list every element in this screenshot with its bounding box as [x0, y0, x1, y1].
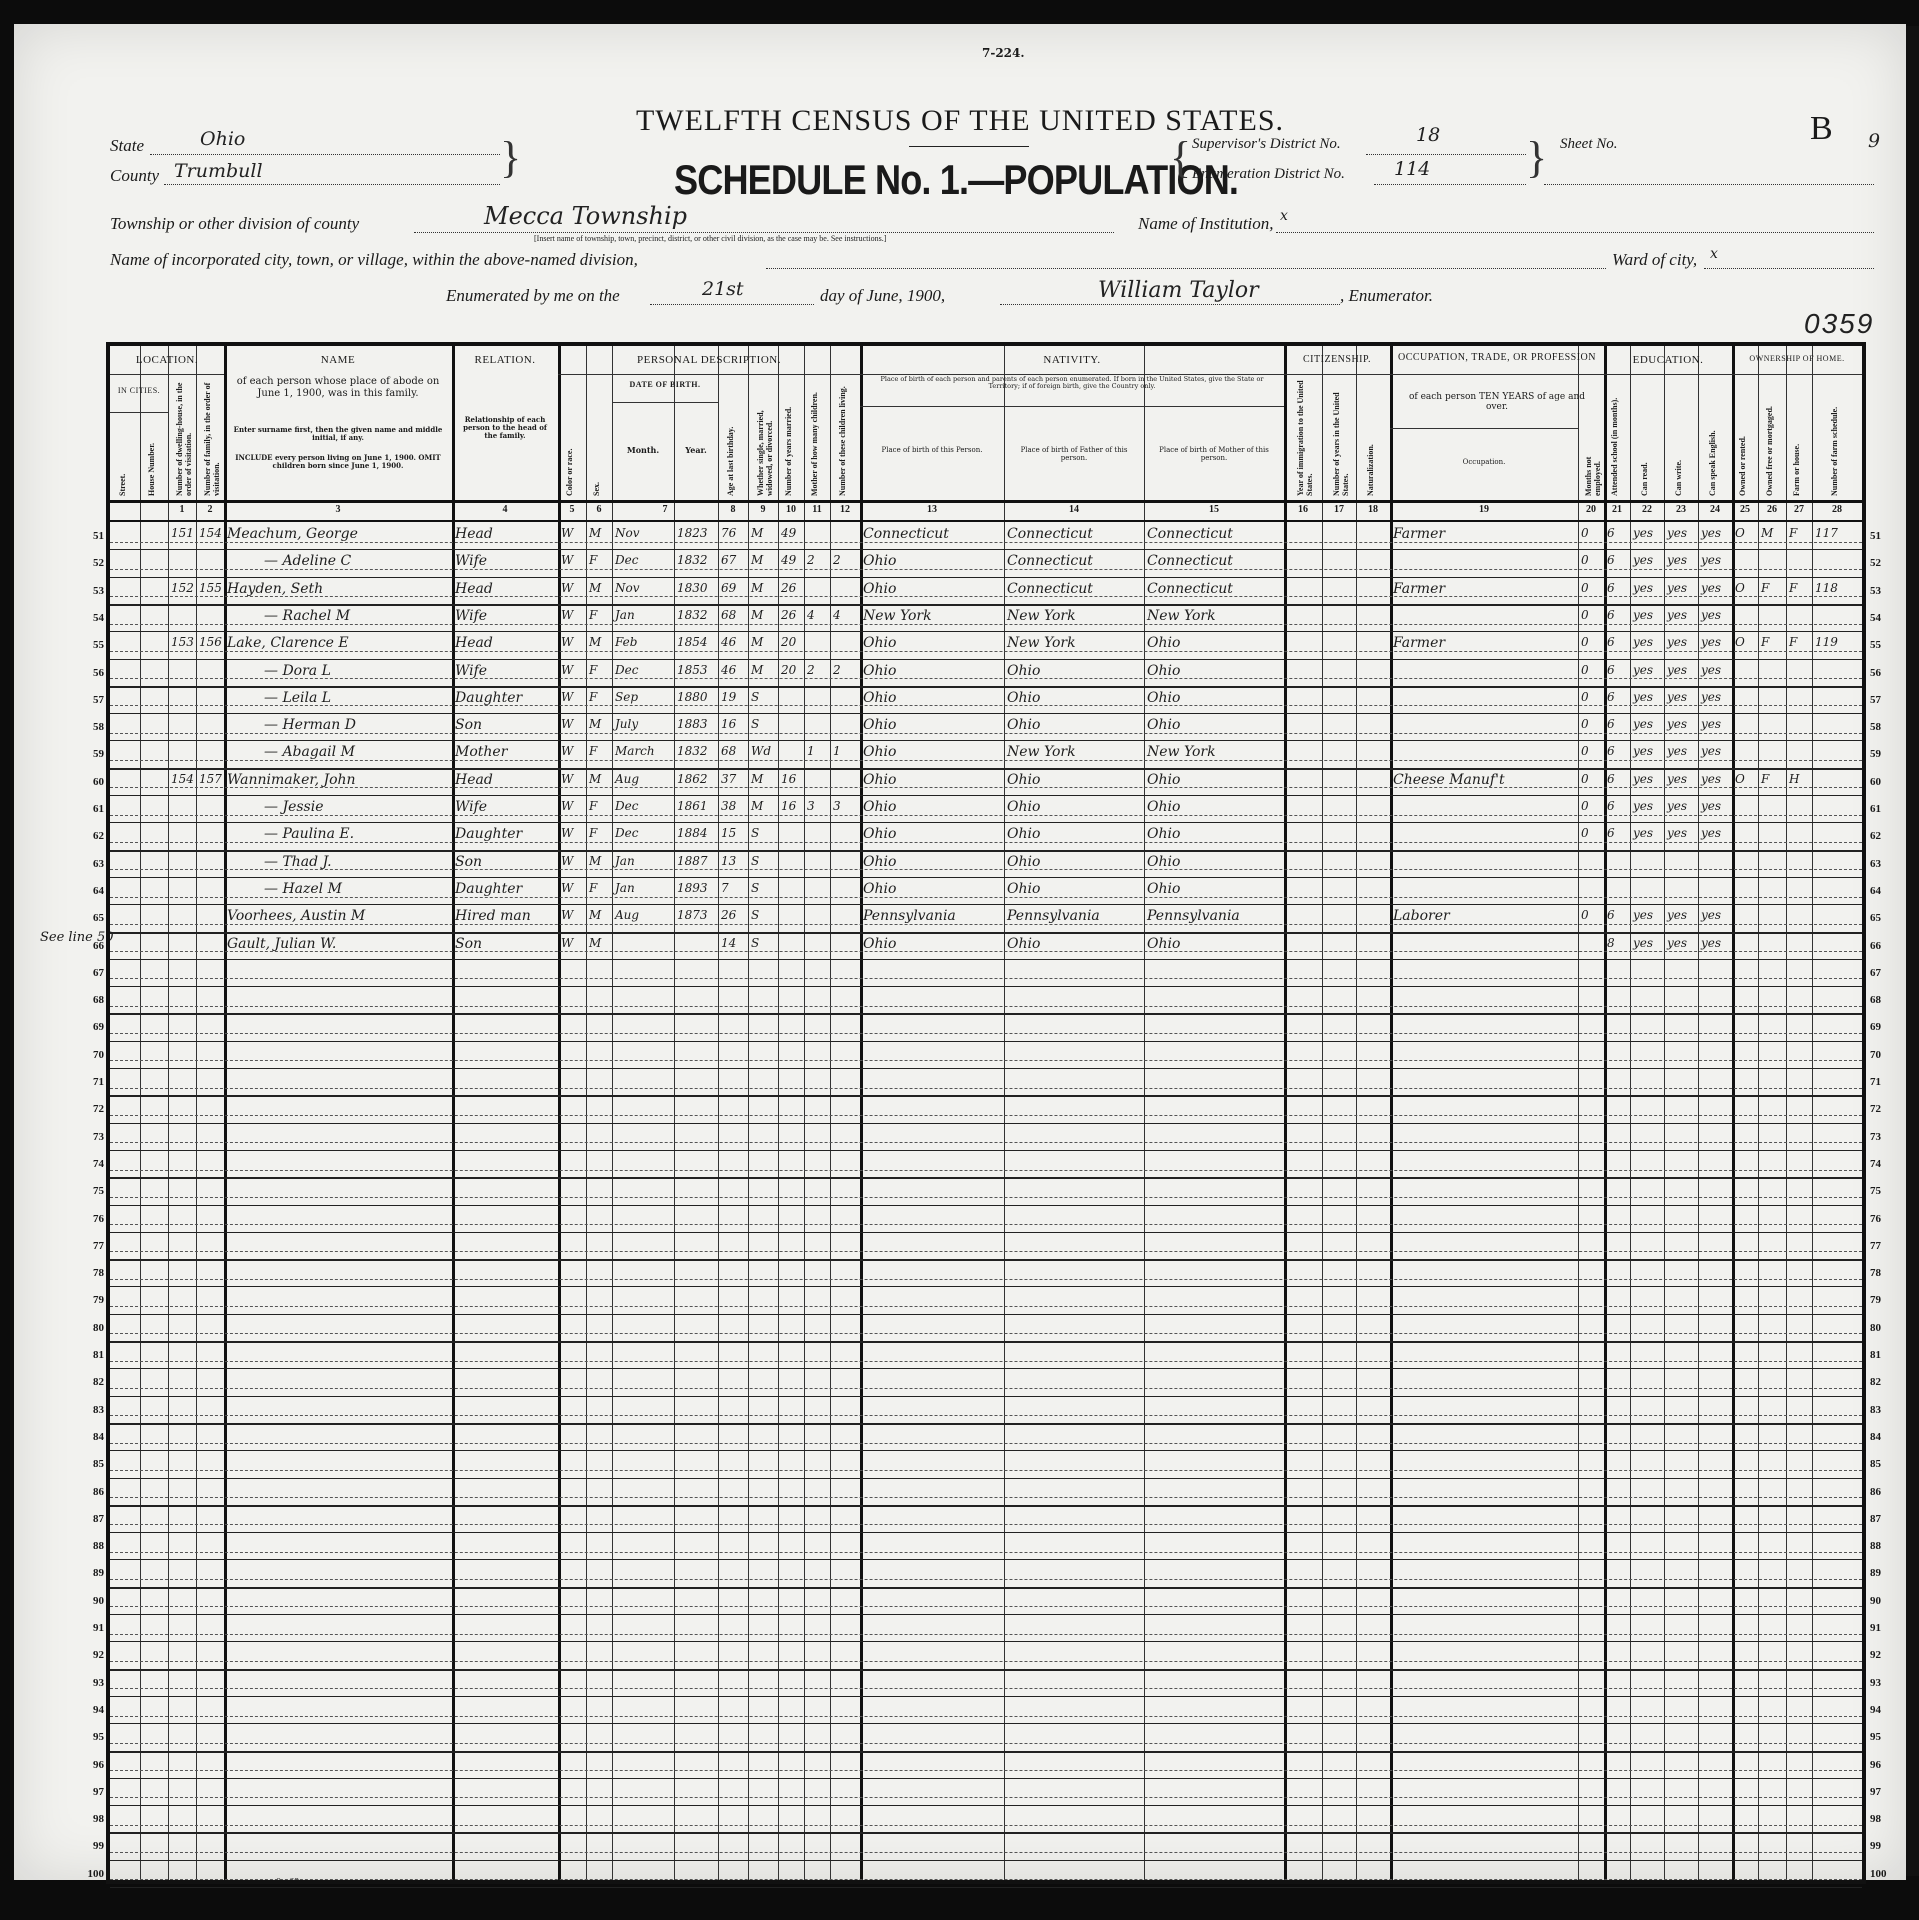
cell-read[interactable]: yes [1633, 635, 1653, 649]
township-value[interactable]: Mecca Township [484, 202, 687, 230]
cell-birth[interactable]: Ohio [863, 553, 896, 569]
cell-write[interactable]: yes [1667, 717, 1687, 731]
cell-sex[interactable]: M [589, 854, 601, 868]
cell-color[interactable]: W [561, 826, 573, 840]
cell-father[interactable]: Ohio [1007, 826, 1040, 842]
cell-month[interactable]: July [615, 717, 638, 731]
cell-living[interactable]: 2 [833, 663, 841, 677]
cell-read[interactable]: yes [1633, 526, 1653, 540]
cell-relation[interactable]: Wife [455, 608, 487, 624]
cell-unemployed[interactable]: 0 [1581, 717, 1589, 731]
cell-birth[interactable]: Ohio [863, 881, 896, 897]
cell-english[interactable]: yes [1701, 663, 1721, 677]
cell-relation[interactable]: Son [455, 854, 482, 870]
cell-month[interactable]: March [615, 744, 655, 758]
enumeration-value[interactable]: 114 [1394, 158, 1430, 180]
cell-write[interactable]: yes [1667, 799, 1687, 813]
cell-mother-of[interactable]: 3 [807, 799, 815, 813]
cell-occupation[interactable]: Cheese Manuf't [1393, 772, 1505, 788]
cell-family[interactable]: 156 [199, 635, 222, 649]
cell-marital[interactable]: M [751, 608, 763, 622]
cell-age[interactable]: 26 [721, 908, 736, 922]
cell-unemployed[interactable]: 0 [1581, 908, 1589, 922]
cell-year[interactable]: 1832 [677, 744, 708, 758]
state-value[interactable]: Ohio [200, 128, 245, 150]
cell-year[interactable]: 1832 [677, 553, 708, 567]
cell-school[interactable]: 6 [1607, 635, 1615, 649]
cell-marital[interactable]: M [751, 581, 763, 595]
cell-age[interactable]: 37 [721, 772, 736, 786]
cell-mother[interactable]: Ohio [1147, 799, 1180, 815]
cell-name[interactable]: Voorhees, Austin M [227, 908, 365, 924]
cell-father[interactable]: New York [1007, 635, 1076, 651]
cell-mother[interactable]: Ohio [1147, 826, 1180, 842]
cell-sex[interactable]: F [589, 608, 597, 622]
cell-color[interactable]: W [561, 744, 573, 758]
cell-free[interactable]: F [1761, 635, 1769, 649]
row-baseline [110, 733, 1862, 734]
cell-school[interactable]: 6 [1607, 717, 1615, 731]
cell-month[interactable]: Aug [615, 908, 639, 922]
cell-schedule[interactable]: 119 [1815, 635, 1838, 649]
cell-read[interactable]: yes [1633, 663, 1653, 677]
cell-marital[interactable]: M [751, 526, 763, 540]
cell-year[interactable]: 1883 [677, 717, 708, 731]
cell-birth[interactable]: Ohio [863, 635, 896, 651]
cell-father[interactable]: Connecticut [1007, 553, 1093, 569]
cell-marital[interactable]: M [751, 635, 763, 649]
cell-read[interactable]: yes [1633, 826, 1653, 840]
cell-write[interactable]: yes [1667, 744, 1687, 758]
cell-age[interactable]: 68 [721, 608, 736, 622]
cell-write[interactable]: yes [1667, 936, 1687, 950]
cell-mother-of[interactable]: 4 [807, 608, 815, 622]
cell-mother[interactable]: Ohio [1147, 854, 1180, 870]
cell-father[interactable]: Ohio [1007, 936, 1040, 952]
cell-relation[interactable]: Daughter [455, 690, 522, 706]
cell-owned[interactable]: O [1735, 635, 1745, 649]
cell-mother[interactable]: Ohio [1147, 635, 1180, 651]
cell-write[interactable]: yes [1667, 663, 1687, 677]
cell-write[interactable]: yes [1667, 908, 1687, 922]
cell-living[interactable]: 2 [833, 553, 841, 567]
cell-write[interactable]: yes [1667, 772, 1687, 786]
cell-marital[interactable]: S [751, 936, 759, 950]
ward-value[interactable]: x [1710, 246, 1718, 262]
cell-mother[interactable]: Connecticut [1147, 553, 1233, 569]
cell-unemployed[interactable]: 0 [1581, 526, 1589, 540]
cell-father[interactable]: New York [1007, 608, 1076, 624]
cell-school[interactable]: 6 [1607, 553, 1615, 567]
cell-color[interactable]: W [561, 608, 573, 622]
cell-year[interactable]: 1862 [677, 772, 708, 786]
cell-mother[interactable]: Ohio [1147, 717, 1180, 733]
cell-year[interactable]: 1887 [677, 854, 708, 868]
cell-year[interactable]: 1830 [677, 581, 708, 595]
cell-name[interactable]: Lake, Clarence E [227, 635, 349, 651]
cell-english[interactable]: yes [1701, 936, 1721, 950]
cell-years-married[interactable]: 16 [781, 772, 796, 786]
cell-father[interactable]: Connecticut [1007, 526, 1093, 542]
cell-mother[interactable]: New York [1147, 744, 1216, 760]
cell-month[interactable]: Nov [615, 526, 640, 540]
cell-year[interactable]: 1884 [677, 826, 708, 840]
cell-marital[interactable]: M [751, 799, 763, 813]
cell-school[interactable]: 6 [1607, 608, 1615, 622]
cell-sex[interactable]: M [589, 772, 601, 786]
cell-mother-of[interactable]: 1 [807, 744, 815, 758]
cell-sex[interactable]: F [589, 744, 597, 758]
cell-years-married[interactable]: 16 [781, 799, 796, 813]
cell-english[interactable]: yes [1701, 799, 1721, 813]
cell-marital[interactable]: S [751, 881, 759, 895]
cell-free[interactable]: F [1761, 772, 1769, 786]
cell-relation[interactable]: Hired man [455, 908, 531, 924]
cell-relation[interactable]: Head [455, 772, 493, 788]
cell-read[interactable]: yes [1633, 772, 1653, 786]
cell-father[interactable]: Pennsylvania [1007, 908, 1100, 924]
cell-sex[interactable]: F [589, 690, 597, 704]
cell-mother[interactable]: Connecticut [1147, 526, 1233, 542]
cell-unemployed[interactable]: 0 [1581, 635, 1589, 649]
cell-free[interactable]: F [1761, 581, 1769, 595]
cell-name[interactable]: Wannimaker, John [227, 772, 356, 788]
cell-years-married[interactable]: 49 [781, 553, 796, 567]
cell-write[interactable]: yes [1667, 608, 1687, 622]
cell-write[interactable]: yes [1667, 553, 1687, 567]
cell-read[interactable]: yes [1633, 744, 1653, 758]
cell-read[interactable]: yes [1633, 799, 1653, 813]
cell-birth[interactable]: Ohio [863, 826, 896, 842]
cell-relation[interactable]: Wife [455, 799, 487, 815]
cell-month[interactable]: Jan [615, 608, 635, 622]
cell-english[interactable]: yes [1701, 690, 1721, 704]
cell-age[interactable]: 13 [721, 854, 736, 868]
cell-age[interactable]: 38 [721, 799, 736, 813]
cell-write[interactable]: yes [1667, 526, 1687, 540]
cell-read[interactable]: yes [1633, 690, 1653, 704]
cell-color[interactable]: W [561, 854, 573, 868]
cell-relation[interactable]: Son [455, 936, 482, 952]
cell-living[interactable]: 4 [833, 608, 841, 622]
cell-color[interactable]: W [561, 581, 573, 595]
cell-mother-of[interactable]: 2 [807, 663, 815, 677]
cell-relation[interactable]: Mother [455, 744, 507, 760]
cell-read[interactable]: yes [1633, 936, 1653, 950]
cell-birth[interactable]: Ohio [863, 717, 896, 733]
cell-birth[interactable]: Ohio [863, 854, 896, 870]
cell-color[interactable]: W [561, 635, 573, 649]
cell-relation[interactable]: Son [455, 717, 482, 733]
cell-english[interactable]: yes [1701, 744, 1721, 758]
cell-school[interactable]: 6 [1607, 772, 1615, 786]
cell-color[interactable]: W [561, 663, 573, 677]
cell-years-married[interactable]: 49 [781, 526, 796, 540]
cell-marital[interactable]: S [751, 908, 759, 922]
cell-marital[interactable]: M [751, 663, 763, 677]
institution-value[interactable]: x [1280, 208, 1288, 224]
cell-mother-of[interactable]: 2 [807, 553, 815, 567]
cell-marital[interactable]: Wd [751, 744, 771, 758]
cell-mother[interactable]: Ohio [1147, 936, 1180, 952]
cell-unemployed[interactable]: 0 [1581, 608, 1589, 622]
cell-mother[interactable]: Pennsylvania [1147, 908, 1240, 924]
cell-name[interactable]: — Hazel M [264, 881, 342, 897]
cell-color[interactable]: W [561, 772, 573, 786]
cell-birth[interactable]: Ohio [863, 799, 896, 815]
cell-color[interactable]: W [561, 936, 573, 950]
cell-unemployed[interactable]: 0 [1581, 826, 1589, 840]
cell-marital[interactable]: M [751, 553, 763, 567]
cell-age[interactable]: 16 [721, 717, 736, 731]
cell-sex[interactable]: F [589, 826, 597, 840]
cell-month[interactable]: Dec [615, 826, 638, 840]
cell-years-married[interactable]: 26 [781, 581, 796, 595]
cell-write[interactable]: yes [1667, 635, 1687, 649]
cell-unemployed[interactable]: 0 [1581, 772, 1589, 786]
cell-relation[interactable]: Daughter [455, 881, 522, 897]
cell-farm[interactable]: F [1789, 635, 1797, 649]
cell-read[interactable]: yes [1633, 717, 1653, 731]
cell-occupation[interactable]: Laborer [1393, 908, 1450, 924]
cell-years-married[interactable]: 20 [781, 663, 796, 677]
cell-school[interactable]: 8 [1607, 936, 1615, 950]
cell-marital[interactable]: M [751, 772, 763, 786]
cell-unemployed[interactable]: 0 [1581, 690, 1589, 704]
cell-marital[interactable]: S [751, 717, 759, 731]
cell-write[interactable]: yes [1667, 690, 1687, 704]
cell-mother[interactable]: Connecticut [1147, 581, 1233, 597]
cell-dwelling[interactable]: 151 [171, 526, 194, 540]
cell-father[interactable]: Ohio [1007, 663, 1040, 679]
cell-mother[interactable]: Ohio [1147, 690, 1180, 706]
cell-school[interactable]: 6 [1607, 744, 1615, 758]
cell-year[interactable]: 1880 [677, 690, 708, 704]
cell-unemployed[interactable]: 0 [1581, 744, 1589, 758]
cell-age[interactable]: 76 [721, 526, 736, 540]
cell-month[interactable]: Jan [615, 854, 635, 868]
cell-age[interactable]: 7 [721, 881, 729, 895]
cell-name[interactable]: — Jessie [264, 799, 323, 815]
cell-mother[interactable]: Ohio [1147, 772, 1180, 788]
cell-sex[interactable]: F [589, 553, 597, 567]
cell-name[interactable]: — Dora L [264, 663, 331, 679]
cell-birth[interactable]: Ohio [863, 690, 896, 706]
cell-name[interactable]: — Abagail M [264, 744, 355, 760]
cell-father[interactable]: Ohio [1007, 772, 1040, 788]
cell-name[interactable]: — Adeline C [264, 553, 351, 569]
cell-birth[interactable]: Ohio [863, 744, 896, 760]
cell-unemployed[interactable]: 0 [1581, 799, 1589, 813]
cell-owned[interactable]: O [1735, 526, 1745, 540]
cell-father[interactable]: Ohio [1007, 881, 1040, 897]
cell-relation[interactable]: Wife [455, 663, 487, 679]
cell-relation[interactable]: Daughter [455, 826, 522, 842]
cell-dwelling[interactable]: 154 [171, 772, 194, 786]
cell-age[interactable]: 68 [721, 744, 736, 758]
cell-sex[interactable]: M [589, 936, 601, 950]
cell-unemployed[interactable]: 0 [1581, 553, 1589, 567]
cell-english[interactable]: yes [1701, 772, 1721, 786]
cell-name[interactable]: Meachum, George [227, 526, 358, 542]
cell-relation[interactable]: Head [455, 635, 493, 651]
cell-english[interactable]: yes [1701, 526, 1721, 540]
cell-month[interactable]: Feb [615, 635, 637, 649]
cell-english[interactable]: yes [1701, 908, 1721, 922]
cell-color[interactable]: W [561, 526, 573, 540]
cell-marital[interactable]: S [751, 826, 759, 840]
cell-relation[interactable]: Head [455, 526, 493, 542]
cell-school[interactable]: 6 [1607, 690, 1615, 704]
cell-school[interactable]: 6 [1607, 908, 1615, 922]
cell-father[interactable]: Ohio [1007, 799, 1040, 815]
cell-sex[interactable]: F [589, 881, 597, 895]
cell-schedule[interactable]: 117 [1815, 526, 1838, 540]
cell-color[interactable]: W [561, 881, 573, 895]
cell-mother[interactable]: Ohio [1147, 881, 1180, 897]
cell-name[interactable]: — Rachel M [264, 608, 350, 624]
cell-school[interactable]: 6 [1607, 663, 1615, 677]
cell-english[interactable]: yes [1701, 553, 1721, 567]
cell-month[interactable]: Sep [615, 690, 638, 704]
cell-farm[interactable]: H [1789, 772, 1799, 786]
cell-read[interactable]: yes [1633, 608, 1653, 622]
cell-father[interactable]: Ohio [1007, 717, 1040, 733]
cell-sex[interactable]: M [589, 717, 601, 731]
cell-age[interactable]: 15 [721, 826, 736, 840]
cell-sex[interactable]: F [589, 799, 597, 813]
cell-free[interactable]: M [1761, 526, 1773, 540]
cell-living[interactable]: 3 [833, 799, 841, 813]
enumerator-name[interactable]: William Taylor [1098, 278, 1259, 303]
cell-month[interactable]: Dec [615, 663, 638, 677]
cell-english[interactable]: yes [1701, 826, 1721, 840]
cell-year[interactable]: 1823 [677, 526, 708, 540]
cell-name[interactable]: Gault, Julian W. [227, 936, 336, 952]
cell-school[interactable]: 6 [1607, 581, 1615, 595]
cell-age[interactable]: 69 [721, 581, 736, 595]
cell-write[interactable]: yes [1667, 581, 1687, 595]
cell-dwelling[interactable]: 152 [171, 581, 194, 595]
cell-birth[interactable]: Pennsylvania [863, 908, 956, 924]
cell-english[interactable]: yes [1701, 717, 1721, 731]
cell-school[interactable]: 6 [1607, 799, 1615, 813]
cell-year[interactable]: 1854 [677, 635, 708, 649]
cell-occupation[interactable]: Farmer [1393, 526, 1445, 542]
sheet-value[interactable]: 9 [1868, 130, 1880, 152]
enumerated-day[interactable]: 21st [702, 278, 744, 300]
cell-age[interactable]: 67 [721, 553, 736, 567]
cell-occupation[interactable]: Farmer [1393, 635, 1445, 651]
cell-name[interactable]: — Thad J. [264, 854, 332, 870]
cell-read[interactable]: yes [1633, 553, 1653, 567]
cell-birth[interactable]: Ohio [863, 581, 896, 597]
cell-birth[interactable]: New York [863, 608, 932, 624]
cell-english[interactable]: yes [1701, 581, 1721, 595]
cell-sex[interactable]: M [589, 635, 601, 649]
cell-marital[interactable]: S [751, 854, 759, 868]
cell-year[interactable]: 1832 [677, 608, 708, 622]
cell-father[interactable]: Ohio [1007, 690, 1040, 706]
cell-family[interactable]: 154 [199, 526, 222, 540]
cell-age[interactable]: 46 [721, 635, 736, 649]
cell-school[interactable]: 6 [1607, 826, 1615, 840]
cell-name[interactable]: — Leila L [264, 690, 331, 706]
cell-color[interactable]: W [561, 908, 573, 922]
cell-schedule[interactable]: 118 [1815, 581, 1838, 595]
cell-color[interactable]: W [561, 553, 573, 567]
cell-month[interactable]: Jan [615, 881, 635, 895]
cell-unemployed[interactable]: 0 [1581, 663, 1589, 677]
cell-father[interactable]: New York [1007, 744, 1076, 760]
county-value[interactable]: Trumbull [174, 160, 263, 182]
supervisor-value[interactable]: 18 [1416, 124, 1440, 146]
cell-read[interactable]: yes [1633, 581, 1653, 595]
cell-occupation[interactable]: Farmer [1393, 581, 1445, 597]
cell-mother[interactable]: New York [1147, 608, 1216, 624]
cell-dwelling[interactable]: 153 [171, 635, 194, 649]
cell-farm[interactable]: F [1789, 526, 1797, 540]
cell-sex[interactable]: M [589, 526, 601, 540]
cell-year[interactable]: 1853 [677, 663, 708, 677]
cell-birth[interactable]: Ohio [863, 772, 896, 788]
cell-owned[interactable]: O [1735, 772, 1745, 786]
cell-color[interactable]: W [561, 690, 573, 704]
cell-father[interactable]: Ohio [1007, 854, 1040, 870]
cell-mother[interactable]: Ohio [1147, 663, 1180, 679]
cell-sex[interactable]: F [589, 663, 597, 677]
cell-birth[interactable]: Connecticut [863, 526, 949, 542]
cell-marital[interactable]: S [751, 690, 759, 704]
cell-years-married[interactable]: 20 [781, 635, 796, 649]
cell-write[interactable]: yes [1667, 826, 1687, 840]
cell-school[interactable]: 6 [1607, 526, 1615, 540]
cell-birth[interactable]: Ohio [863, 936, 896, 952]
cell-name[interactable]: Hayden, Seth [227, 581, 323, 597]
cell-name[interactable]: — Herman D [264, 717, 356, 733]
cell-years-married[interactable]: 26 [781, 608, 796, 622]
cell-read[interactable]: yes [1633, 908, 1653, 922]
cell-age[interactable]: 19 [721, 690, 736, 704]
cell-month[interactable]: Dec [615, 553, 638, 567]
cell-birth[interactable]: Ohio [863, 663, 896, 679]
cell-family[interactable]: 157 [199, 772, 222, 786]
cell-year[interactable]: 1893 [677, 881, 708, 895]
cell-relation[interactable]: Head [455, 581, 493, 597]
cell-english[interactable]: yes [1701, 608, 1721, 622]
cell-sex[interactable]: M [589, 908, 601, 922]
cell-color[interactable]: W [561, 717, 573, 731]
cell-month[interactable]: Nov [615, 581, 640, 595]
cell-year[interactable]: 1873 [677, 908, 708, 922]
cell-relation[interactable]: Wife [455, 553, 487, 569]
cell-age[interactable]: 46 [721, 663, 736, 677]
cell-family[interactable]: 155 [199, 581, 222, 595]
cell-english[interactable]: yes [1701, 635, 1721, 649]
cell-age[interactable]: 14 [721, 936, 736, 950]
cell-owned[interactable]: O [1735, 581, 1745, 595]
cell-year[interactable]: 1861 [677, 799, 708, 813]
cell-living[interactable]: 1 [833, 744, 841, 758]
cell-sex[interactable]: M [589, 581, 601, 595]
cell-name[interactable]: — Paulina E. [264, 826, 354, 842]
cell-month[interactable]: Dec [615, 799, 638, 813]
cell-month[interactable]: Aug [615, 772, 639, 786]
cell-farm[interactable]: F [1789, 581, 1797, 595]
cell-unemployed[interactable]: 0 [1581, 581, 1589, 595]
cell-color[interactable]: W [561, 799, 573, 813]
cell-father[interactable]: Connecticut [1007, 581, 1093, 597]
